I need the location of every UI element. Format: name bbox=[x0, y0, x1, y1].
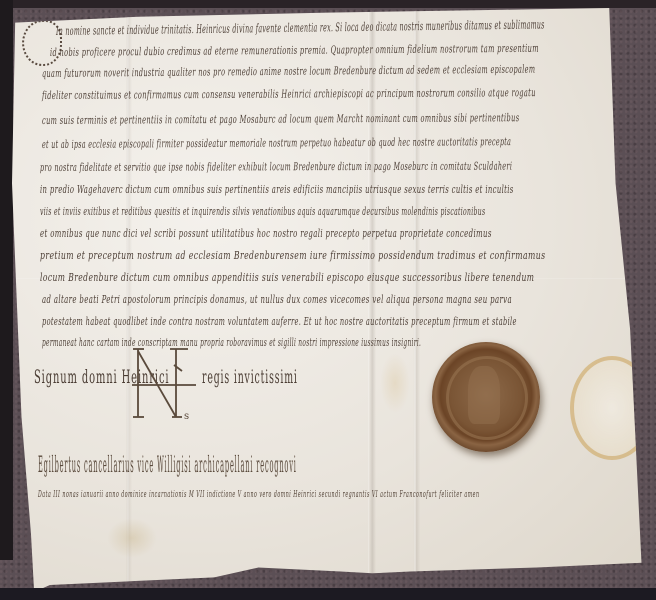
text-line: potestatem habeat quodlibet inde contra … bbox=[42, 315, 517, 329]
frame-top-border bbox=[0, 0, 656, 8]
frame-left-border bbox=[0, 0, 13, 560]
text-line: in predio Wagehaverc dictum cum omnibus … bbox=[40, 183, 514, 197]
text-line: pretium et preceptum nostrum ad ecclesia… bbox=[40, 249, 545, 263]
frame-bottom-border bbox=[0, 588, 656, 600]
text-line: viis et inviis exitibus et reditibus que… bbox=[40, 205, 485, 219]
recognition-line: Egilbertus cancellarius vice Willigisi a… bbox=[38, 445, 298, 485]
text-line: locum Bredenbure dictum cum omnibus appe… bbox=[40, 271, 534, 285]
svg-text:s: s bbox=[184, 411, 189, 422]
protocol-line: In nomine sancte et individue trinitatis… bbox=[56, 17, 545, 38]
text-line: et ut ab ipsa ecclesia episcopali firmit… bbox=[42, 135, 511, 152]
water-stain bbox=[380, 353, 410, 413]
text-line: id nobis proficere procul dubio credimus… bbox=[50, 42, 539, 60]
dating-text: Data III nonas ianuarii anno dominice in… bbox=[38, 490, 479, 500]
text-line: et omnibus que nunc dici vel scribi poss… bbox=[40, 227, 492, 241]
parchment-sheet: In nomine sancte et individue trinitatis… bbox=[12, 8, 644, 592]
text-line: fideliter constituimus et confirmamus cu… bbox=[42, 86, 536, 103]
signum-suffix: regis invictissimi bbox=[202, 366, 298, 388]
dating-line: Data III nonas ianuarii anno dominice in… bbox=[38, 490, 458, 500]
text-line: ad altare beati Petri apostolorum princi… bbox=[42, 293, 512, 307]
text-line: permaneat hanc cartam inde conscriptam m… bbox=[42, 336, 421, 350]
royal-monogram-icon: s bbox=[130, 345, 202, 425]
recognition-text: Egilbertus cancellarius vice Willigisi a… bbox=[38, 451, 297, 478]
text-line: pro nostra fidelitate et servitio que ip… bbox=[40, 160, 512, 175]
water-stain bbox=[107, 518, 157, 558]
lost-seal-stain bbox=[570, 356, 654, 460]
text-line: quam futurorum noverit industria qualite… bbox=[42, 63, 535, 81]
seal-ruler-figure-icon bbox=[468, 366, 500, 424]
wax-seal bbox=[432, 342, 540, 452]
text-line: cum suis terminis et pertinentiis in com… bbox=[42, 111, 520, 128]
